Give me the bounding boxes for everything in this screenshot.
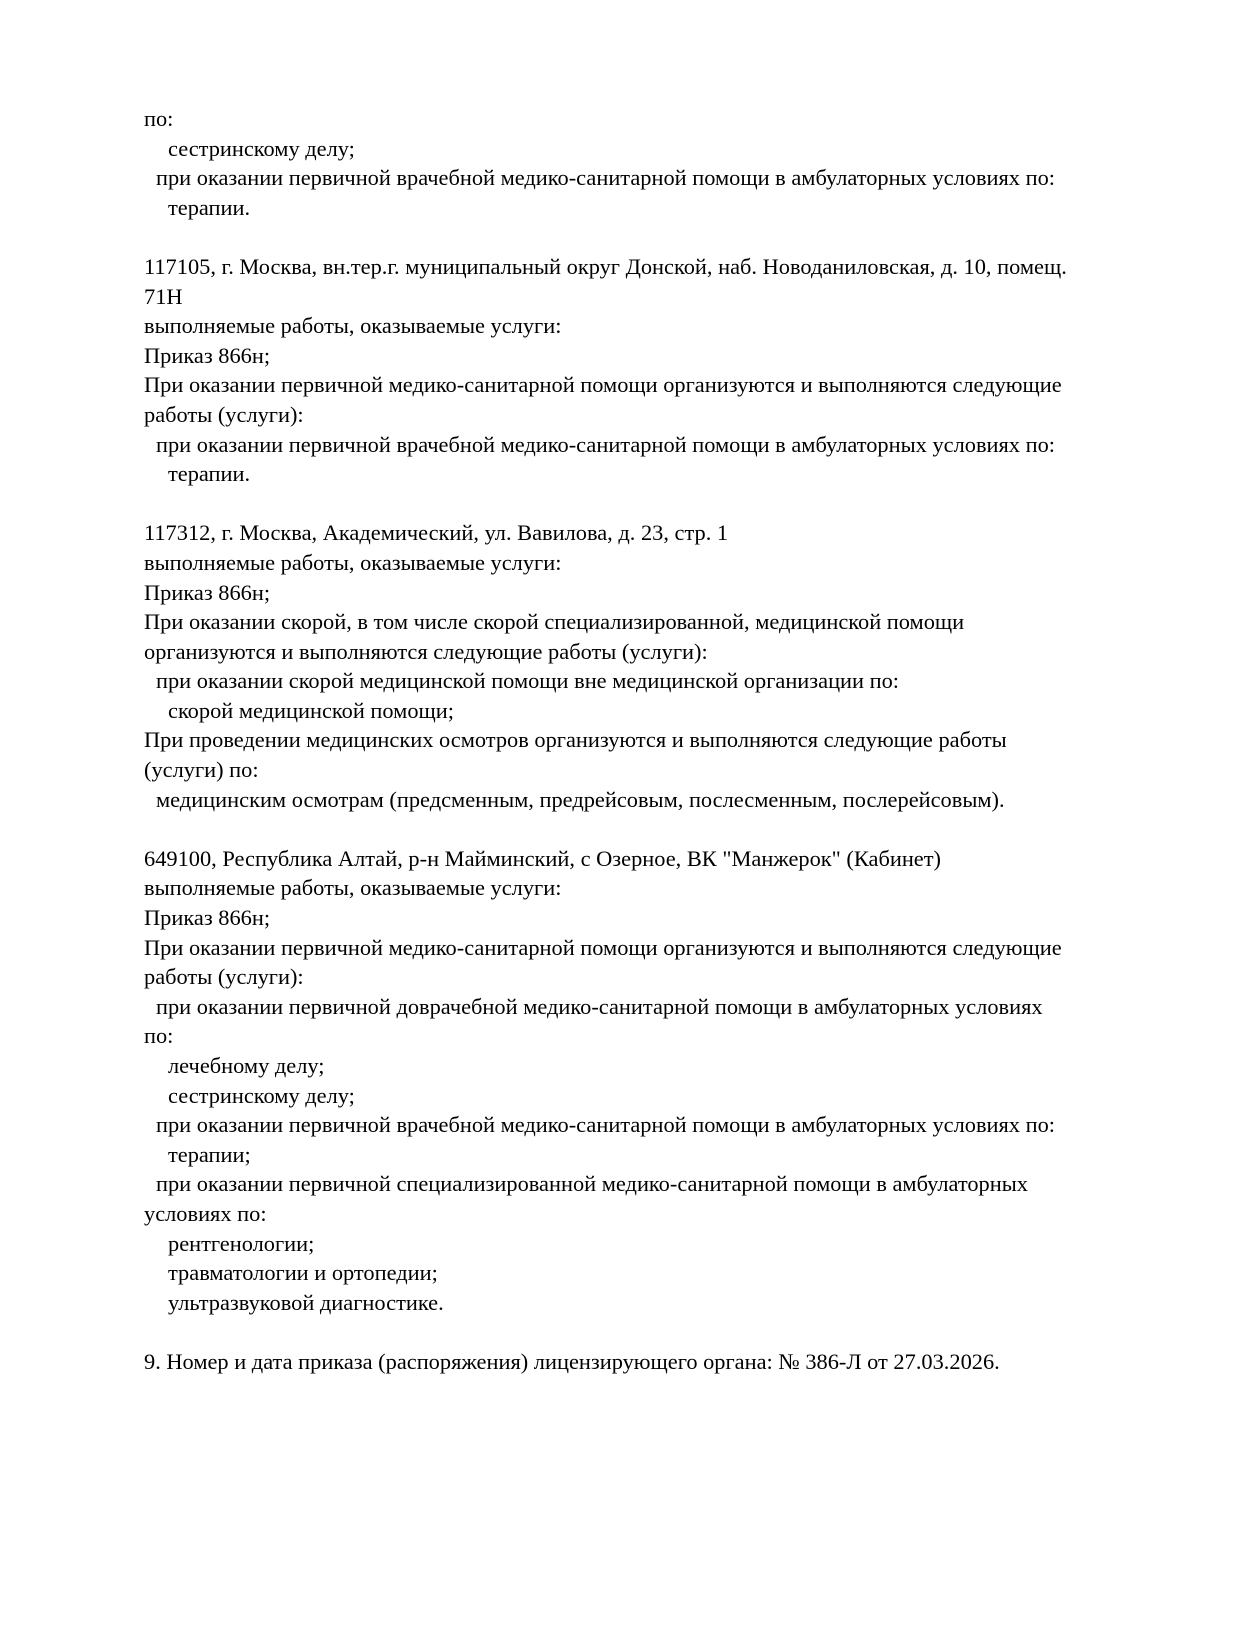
text-line: При оказании скорой, в том числе скорой … xyxy=(144,607,1184,637)
works-label: выполняемые работы, оказываемые услуги: xyxy=(144,311,1184,341)
text-line: (услуги) по: xyxy=(144,755,1184,785)
address-line: 649100, Республика Алтай, р-н Майминский… xyxy=(144,844,1184,874)
care-type-line: при оказании первичной врачебной медико-… xyxy=(144,1110,1184,1140)
text-line: организуются и выполняются следующие раб… xyxy=(144,637,1184,667)
service-item: сестринскому делу; xyxy=(144,134,1184,164)
service-item: терапии. xyxy=(144,459,1184,489)
spacer xyxy=(144,1317,1184,1347)
text-line: по: xyxy=(144,104,1184,134)
address-line: 71Н xyxy=(144,282,1184,312)
service-item: рентгенологии; xyxy=(144,1229,1184,1259)
address-line: 117105, г. Москва, вн.тер.г. муниципальн… xyxy=(144,252,1184,282)
service-item: сестринскому делу; xyxy=(144,1081,1184,1111)
text-line: по: xyxy=(144,1021,1184,1051)
order-number-and-date: 9. Номер и дата приказа (распоряжения) л… xyxy=(144,1347,1184,1377)
text-line: При оказании первичной медико-санитарной… xyxy=(144,933,1184,963)
service-item: терапии; xyxy=(144,1140,1184,1170)
spacer xyxy=(144,222,1184,252)
service-item: травматологии и ортопедии; xyxy=(144,1258,1184,1288)
care-type-line: при оказании первичной врачебной медико-… xyxy=(144,430,1184,460)
continuation-block: по: сестринскому делу; при оказании перв… xyxy=(144,104,1184,222)
service-item: скорой медицинской помощи; xyxy=(144,696,1184,726)
spacer xyxy=(144,814,1184,844)
care-type-line: при оказании первичной доврачебной медик… xyxy=(144,992,1184,1022)
order-reference: Приказ 866н; xyxy=(144,903,1184,933)
address-block-1: 117105, г. Москва, вн.тер.г. муниципальн… xyxy=(144,252,1184,489)
service-item: терапии. xyxy=(144,193,1184,223)
text-line: При оказании первичной медико-санитарной… xyxy=(144,370,1184,400)
spacer xyxy=(144,489,1184,519)
address-line: 117312, г. Москва, Академический, ул. Ва… xyxy=(144,518,1184,548)
address-block-3: 649100, Республика Алтай, р-н Майминский… xyxy=(144,844,1184,1318)
care-type-line: при оказании первичной врачебной медико-… xyxy=(144,163,1184,193)
address-block-2: 117312, г. Москва, Академический, ул. Ва… xyxy=(144,518,1184,814)
order-reference: Приказ 866н; xyxy=(144,341,1184,371)
works-label: выполняемые работы, оказываемые услуги: xyxy=(144,548,1184,578)
care-type-line: при оказании первичной специализированно… xyxy=(144,1169,1184,1199)
document-page: по: сестринскому делу; при оказании перв… xyxy=(144,104,1184,1377)
text-line: работы (услуги): xyxy=(144,962,1184,992)
service-item: лечебному делу; xyxy=(144,1051,1184,1081)
service-item: медицинским осмотрам (предсменным, предр… xyxy=(144,785,1184,815)
care-type-line: при оказании скорой медицинской помощи в… xyxy=(144,666,1184,696)
text-line: При проведении медицинских осмотров орга… xyxy=(144,725,1184,755)
text-line: условиях по: xyxy=(144,1199,1184,1229)
order-reference: Приказ 866н; xyxy=(144,578,1184,608)
text-line: работы (услуги): xyxy=(144,400,1184,430)
service-item: ультразвуковой диагностике. xyxy=(144,1288,1184,1318)
works-label: выполняемые работы, оказываемые услуги: xyxy=(144,873,1184,903)
